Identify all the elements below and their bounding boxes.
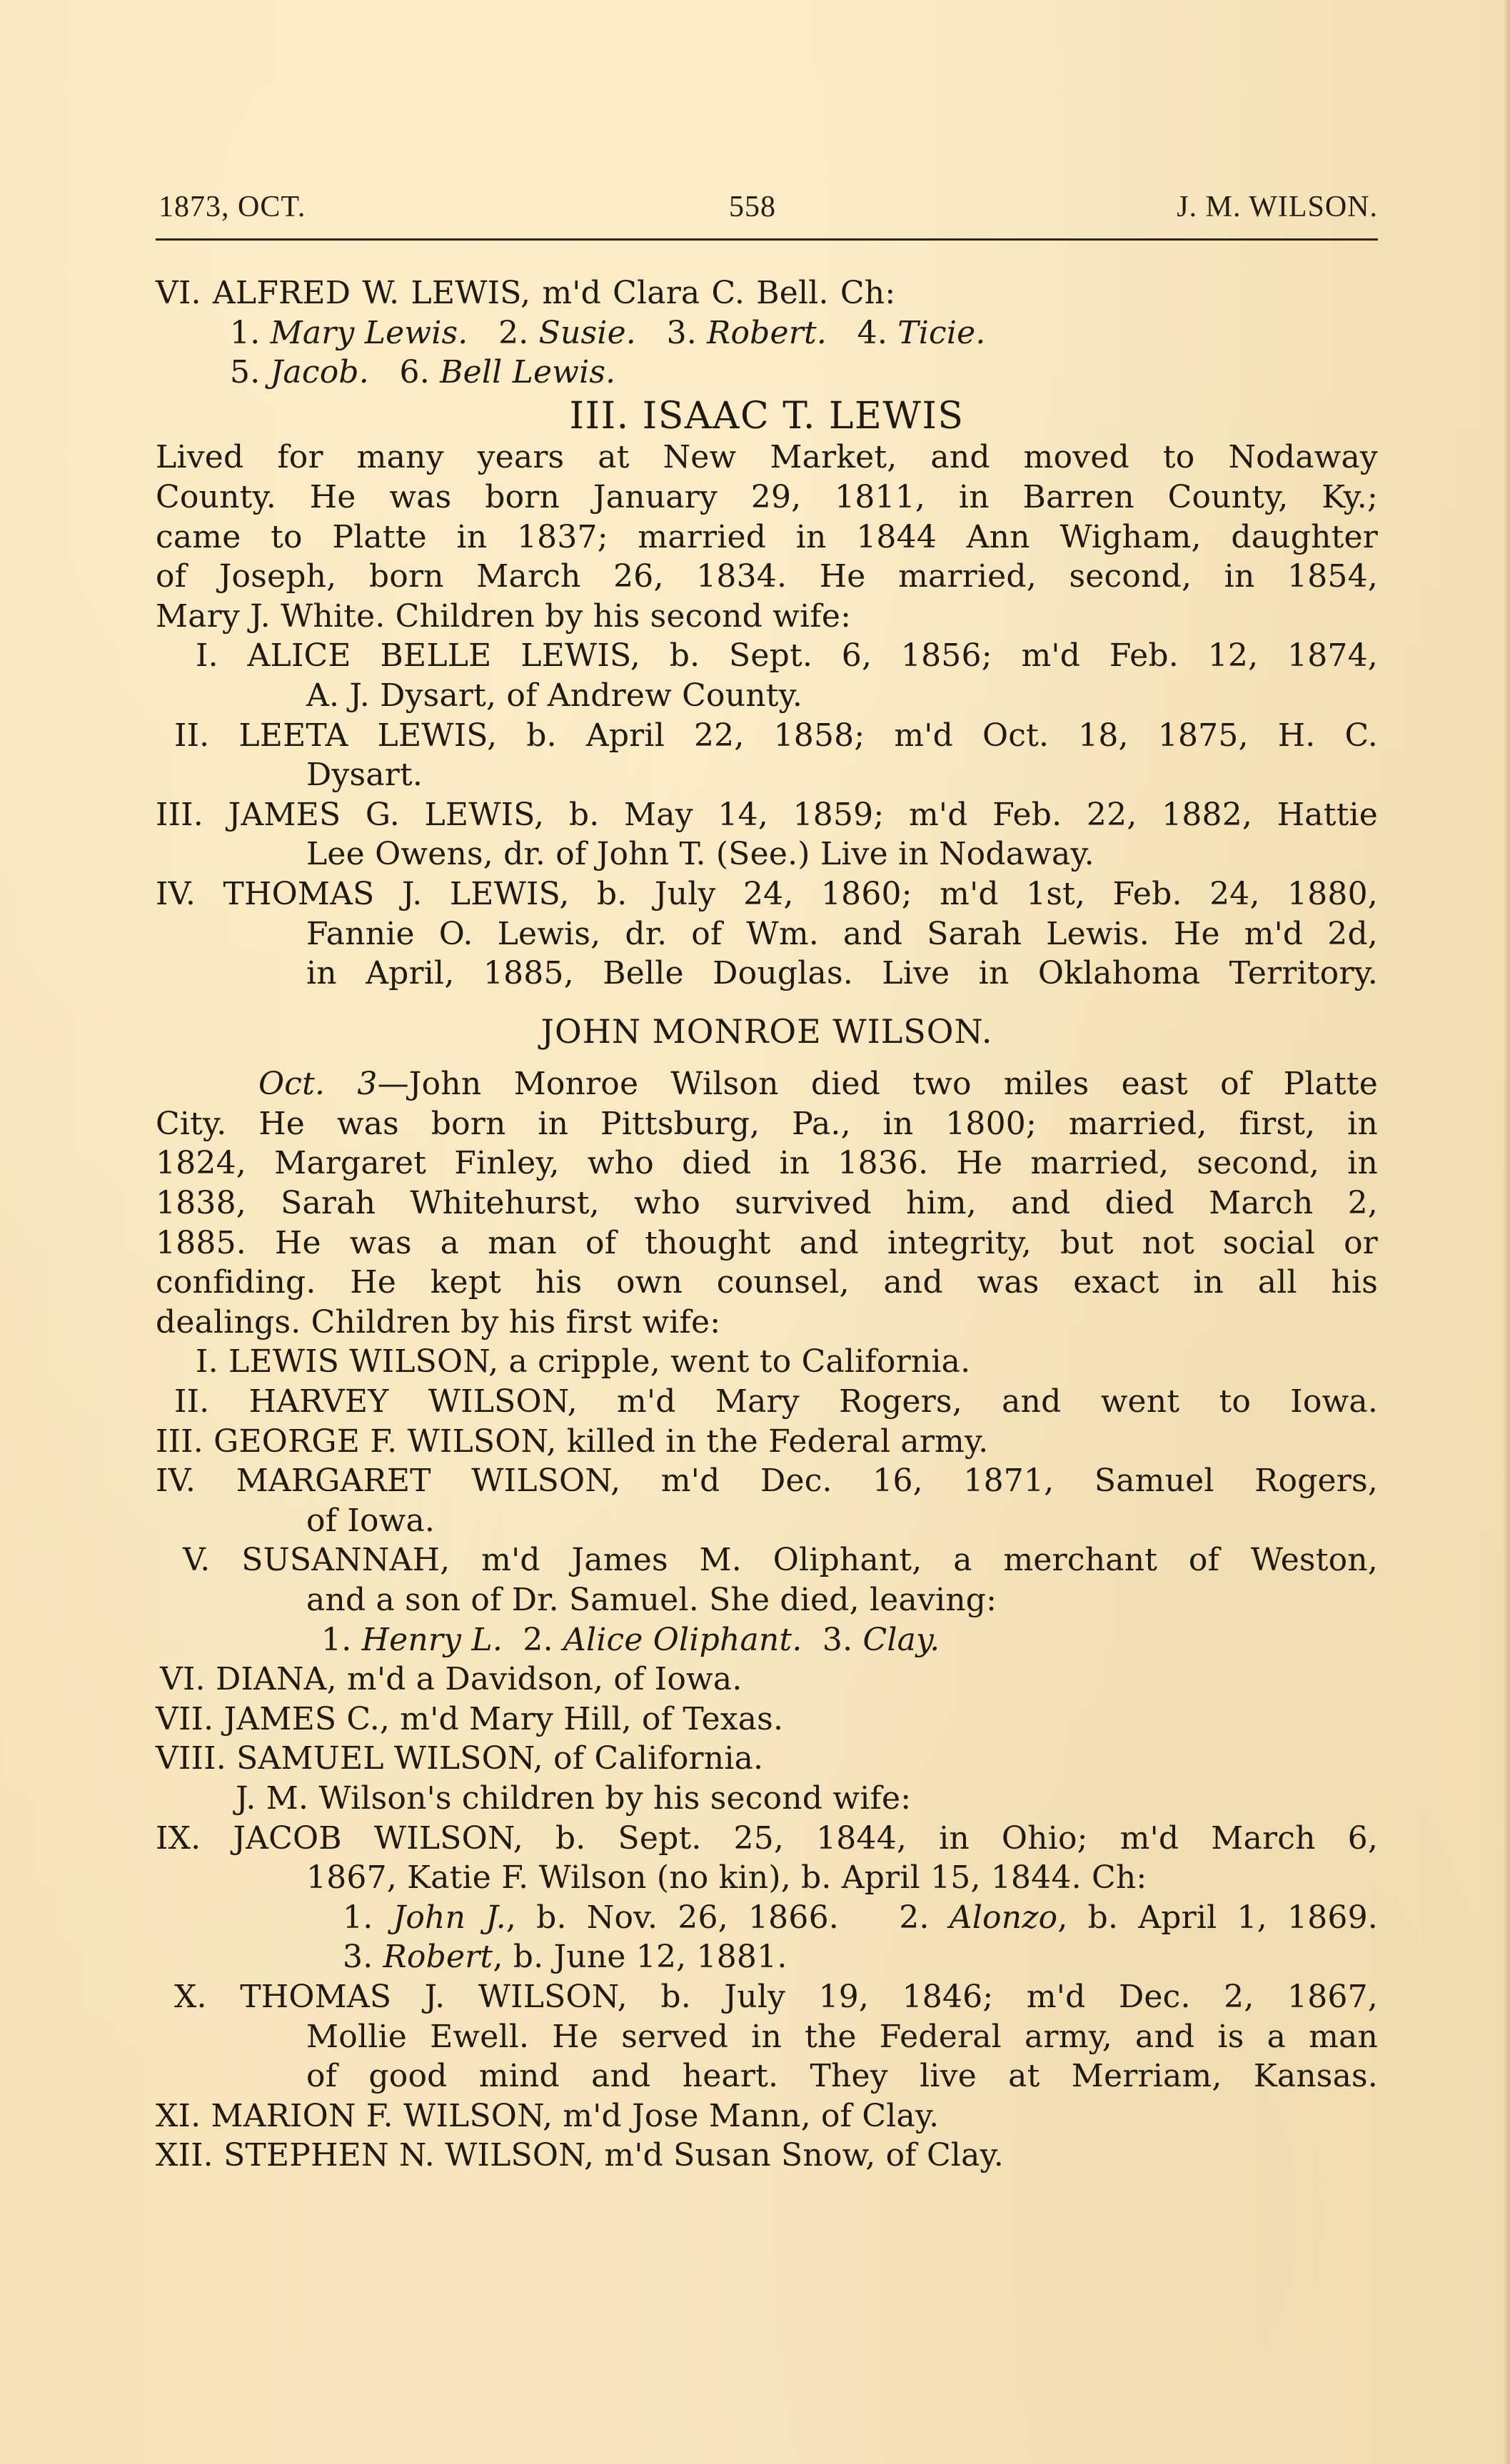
roman-numeral: IV.: [156, 876, 196, 912]
child-number: 3.: [822, 1622, 852, 1658]
entry-text: MARGARET WILSON, m'd Dec. 16, 1871, Samu…: [236, 1463, 1378, 1499]
entry-continuation: 1867, Katie F. Wilson (no kin), b. April…: [156, 1858, 1378, 1898]
entry-text: GEORGE F. WILSON, killed in the Federal …: [213, 1423, 988, 1460]
paragraph-line: 1885. He was a man of thought and integr…: [156, 1223, 1378, 1263]
entry-samuel-wilson: VIII. SAMUEL WILSON, of California.: [156, 1739, 1378, 1779]
roman-numeral: III.: [156, 1423, 203, 1460]
entry-alice-belle-lewis: I. ALICE BELLE LEWIS, b. Sept. 6, 1856; …: [156, 636, 1378, 676]
entry-thomas-j-wilson: X. THOMAS J. WILSON, b. July 19, 1846; m…: [156, 1977, 1378, 2017]
entry-continuation: and a son of Dr. Samuel. She died, leavi…: [156, 1580, 1378, 1620]
entry-george-f-wilson: III. GEORGE F. WILSON, killed in the Fed…: [156, 1422, 1378, 1462]
section-heading-john-monroe-wilson: JOHN MONROE WILSON.: [156, 994, 1378, 1065]
page-edge-shadow: [1503, 0, 1510, 2464]
section-heading-isaac-lewis: III. ISAAC T. LEWIS: [156, 393, 1378, 438]
entry-text: DIANA, m'd a Davidson, of Iowa.: [216, 1661, 743, 1697]
roman-numeral: X.: [174, 1979, 207, 2015]
roman-numeral: V.: [183, 1542, 210, 1578]
header-rule: [156, 238, 1378, 241]
paragraph-line: Lived for many years at New Market, and …: [156, 438, 1378, 478]
child-name: Robert: [383, 1939, 493, 1975]
entry-text: HARVEY WILSON, m'd Mary Rogers, and went…: [249, 1383, 1378, 1420]
child-details: , b. June 12, 1881.: [493, 1939, 787, 1975]
entry-continuation: of Iowa.: [156, 1501, 1378, 1541]
entry-james-g-lewis: III. JAMES G. LEWIS, b. May 14, 1859; m'…: [156, 795, 1378, 835]
roman-numeral: II.: [174, 1383, 209, 1420]
roman-numeral: II.: [174, 717, 209, 754]
entry-text: LEETA LEWIS, b. April 22, 1858; m'd Oct.…: [238, 717, 1378, 754]
child-name: Bell Lewis.: [440, 354, 615, 390]
child-name: John J.: [393, 1899, 506, 1936]
child-number: 1.: [343, 1899, 373, 1936]
child-name: Ticie.: [897, 315, 985, 351]
paragraph-line: City. He was born in Pittsburg, Pa., in …: [156, 1104, 1378, 1144]
entry-text: SUSANNAH, m'd James M. Oliphant, a merch…: [241, 1542, 1378, 1578]
entry-jacob-wilson: IX. JACOB WILSON, b. Sept. 25, 1844, in …: [156, 1819, 1378, 1859]
entry-text: JAMES C., m'd Mary Hill, of Texas.: [224, 1701, 784, 1737]
entry-text: MARION F. WILSON, m'd Jose Mann, of Clay…: [211, 2098, 939, 2134]
entry-marion-f-wilson: XI. MARION F. WILSON, m'd Jose Mann, of …: [156, 2096, 1378, 2136]
child-name: Jacob.: [271, 354, 369, 390]
child-number: 6.: [400, 354, 430, 390]
entry-text: ALICE BELLE LEWIS, b. Sept. 6, 1856; m'd…: [248, 637, 1378, 674]
paragraph-line: came to Platte in 1837; married in 1844 …: [156, 517, 1378, 557]
alfred-children-line-2: 5. Jacob. 6. Bell Lewis.: [156, 353, 1378, 393]
paragraph-line: 1838, Sarah Whitehurst, who survived him…: [156, 1183, 1378, 1223]
child-name: Alice Oliphant.: [563, 1622, 802, 1658]
roman-numeral: IX.: [156, 1820, 201, 1857]
alfred-children-line-1: 1. Mary Lewis. 2. Susie. 3. Robert. 4. T…: [156, 313, 1378, 353]
paragraph-line: confiding. He kept his own counsel, and …: [156, 1263, 1378, 1303]
entry-diana: VI. DIANA, m'd a Davidson, of Iowa.: [156, 1660, 1378, 1700]
entry-text: SAMUEL WILSON, of California.: [236, 1740, 763, 1777]
entry-text: JACOB WILSON, b. Sept. 25, 1844, in Ohio…: [233, 1820, 1378, 1857]
child-number: 1.: [230, 315, 260, 351]
entry-continuation: Mollie Ewell. He served in the Federal a…: [156, 2017, 1378, 2057]
running-head-title: J. M. WILSON.: [1177, 190, 1378, 224]
entry-text: LEWIS WILSON, a cripple, went to Califor…: [228, 1343, 970, 1380]
child-name: Alonzo: [950, 1899, 1058, 1936]
child-details: , b. April 1, 1869.: [1057, 1899, 1378, 1936]
roman-numeral: XI.: [156, 2098, 201, 2134]
paragraph-line: dealings. Children by his first wife:: [156, 1303, 1378, 1343]
roman-numeral: IV.: [156, 1463, 196, 1499]
roman-numeral: I.: [196, 1343, 218, 1380]
entry-susannah: V. SUSANNAH, m'd James M. Oliphant, a me…: [156, 1540, 1378, 1580]
entry-continuation: A. J. Dysart, of Andrew County.: [156, 676, 1378, 716]
child-number: 3.: [667, 315, 697, 351]
paragraph-line: 1824, Margaret Finley, who died in 1836.…: [156, 1143, 1378, 1183]
entry-text: STEPHEN N. WILSON, m'd Susan Snow, of Cl…: [223, 2137, 1004, 2173]
entry-alfred-lewis: VI. ALFRED W. LEWIS, m'd Clara C. Bell. …: [156, 273, 1378, 313]
child-name: Clay.: [862, 1622, 940, 1658]
entry-continuation: Fannie O. Lewis, dr. of Wm. and Sarah Le…: [156, 914, 1378, 954]
entry-james-c: VII. JAMES C., m'd Mary Hill, of Texas.: [156, 1700, 1378, 1740]
entry-continuation: Lee Owens, dr. of John T. (See.) Live in…: [156, 834, 1378, 874]
book-page: 1873, OCT. 558 J. M. WILSON. VI. ALFRED …: [156, 184, 1378, 2176]
second-wife-intro: J. M. Wilson's children by his second wi…: [156, 1779, 1378, 1819]
child-number: 4.: [857, 315, 887, 351]
roman-numeral: VIII.: [156, 1740, 226, 1777]
child-number: 1.: [321, 1622, 351, 1658]
jacob-children-line-2: 3. Robert, b. June 12, 1881.: [156, 1937, 1378, 1977]
child-name: Mary Lewis.: [271, 315, 468, 351]
roman-numeral: VI.: [160, 1661, 206, 1697]
child-details: , b. Nov. 26, 1866.: [506, 1899, 839, 1936]
entry-harvey-wilson: II. HARVEY WILSON, m'd Mary Rogers, and …: [156, 1382, 1378, 1422]
roman-numeral: XII.: [156, 2137, 213, 2173]
entry-lewis-wilson: I. LEWIS WILSON, a cripple, went to Cali…: [156, 1342, 1378, 1382]
jacob-children-line-1: 1. John J., b. Nov. 26, 1866. 2. Alonzo,…: [156, 1898, 1378, 1938]
susannah-children: 1. Henry L. 2. Alice Oliphant. 3. Clay.: [156, 1620, 1378, 1660]
entry-leeta-lewis: II. LEETA LEWIS, b. April 22, 1858; m'd …: [156, 716, 1378, 756]
date-lead: Oct. 3: [258, 1066, 378, 1102]
roman-numeral: III.: [156, 797, 203, 833]
paragraph-text: —John Monroe Wilson died two miles east …: [378, 1066, 1378, 1102]
entry-margaret-wilson: IV. MARGARET WILSON, m'd Dec. 16, 1871, …: [156, 1461, 1378, 1501]
entry-continuation: in April, 1885, Belle Douglas. Live in O…: [156, 954, 1378, 994]
running-head: 1873, OCT. 558 J. M. WILSON.: [156, 184, 1378, 228]
entry-thomas-j-lewis: IV. THOMAS J. LEWIS, b. July 24, 1860; m…: [156, 874, 1378, 914]
entry-stephen-n-wilson: XII. STEPHEN N. WILSON, m'd Susan Snow, …: [156, 2136, 1378, 2176]
child-name: Henry L.: [362, 1622, 503, 1658]
entry-continuation: Dysart.: [156, 755, 1378, 795]
child-number: 3.: [343, 1939, 373, 1975]
roman-numeral: VII.: [156, 1701, 213, 1737]
entry-continuation: of good mind and heart. They live at Mer…: [156, 2056, 1378, 2096]
child-number: 2.: [498, 315, 528, 351]
child-number: 2.: [899, 1899, 929, 1936]
paragraph-line: County. He was born January 29, 1811, in…: [156, 478, 1378, 517]
paragraph-first-line: Oct. 3—John Monroe Wilson died two miles…: [156, 1064, 1378, 1104]
child-number: 2.: [523, 1622, 553, 1658]
entry-text: JAMES G. LEWIS, b. May 14, 1859; m'd Feb…: [228, 797, 1378, 833]
entry-text: THOMAS J. LEWIS, b. July 24, 1860; m'd 1…: [223, 876, 1378, 912]
paragraph-line: of Joseph, born March 26, 1834. He marri…: [156, 557, 1378, 597]
child-name: Robert.: [707, 315, 827, 351]
child-number: 5.: [230, 354, 260, 390]
child-name: Susie.: [539, 315, 636, 351]
paragraph-line: Mary J. White. Children by his second wi…: [156, 597, 1378, 637]
roman-numeral: I.: [196, 637, 218, 674]
page-body: VI. ALFRED W. LEWIS, m'd Clara C. Bell. …: [156, 273, 1378, 2176]
entry-text: THOMAS J. WILSON, b. July 19, 1846; m'd …: [240, 1979, 1378, 2015]
